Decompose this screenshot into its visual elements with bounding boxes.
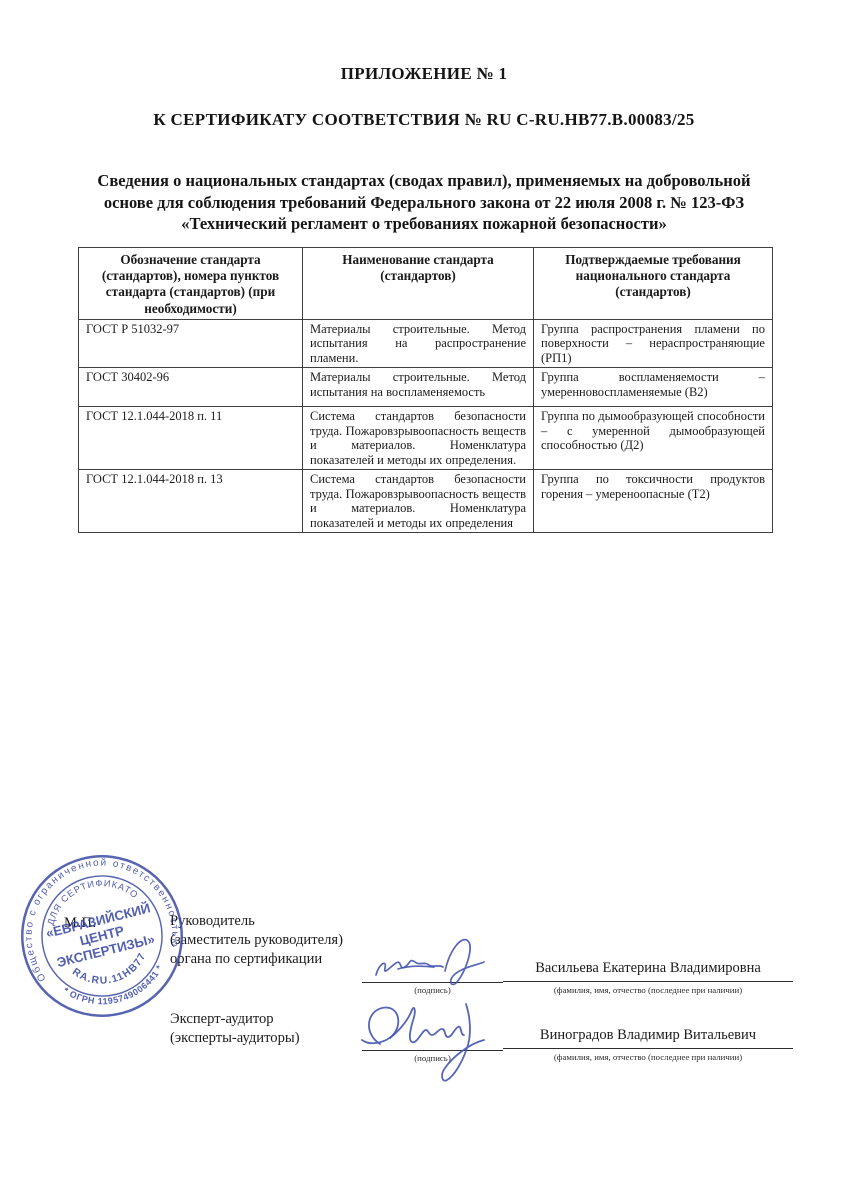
role1-line1: Руководитель — [170, 912, 343, 931]
cell-designation: ГОСТ Р 51032-97 — [79, 319, 303, 368]
name-caption-2: (фамилия, имя, отчество (последнее при н… — [503, 1052, 793, 1062]
name-caption-1: (фамилия, имя, отчество (последнее при н… — [503, 985, 793, 995]
cell-designation: ГОСТ 12.1.044-2018 п. 11 — [79, 407, 303, 470]
cell-designation: ГОСТ 30402-96 — [79, 368, 303, 407]
cell-requirements: Группа воспламеняемости – умеренновоспла… — [534, 368, 773, 407]
signature-2 — [350, 988, 518, 1086]
round-stamp-seal: Общество с ограниченной ответственностью… — [14, 848, 190, 1024]
name-line-2 — [503, 1048, 793, 1049]
certificate-number-title: К СЕРТИФИКАТУ СООТВЕТСТВИЯ № RU C-RU.НВ7… — [0, 110, 848, 130]
cell-standard-name: Материалы строительные. Метод испытания … — [303, 319, 534, 368]
header-confirmed-requirements: Подтверждаемые требования национального … — [534, 248, 773, 320]
table-row: ГОСТ 12.1.044-2018 п. 13 Система стандар… — [79, 470, 773, 533]
cell-requirements: Группа распространения пламени по поверх… — [534, 319, 773, 368]
intro-line-3: «Технический регламент о требованиях пож… — [0, 213, 848, 235]
role2-line2: (эксперты-аудиторы) — [170, 1029, 300, 1048]
table-row: ГОСТ Р 51032-97 Материалы строительные. … — [79, 319, 773, 368]
standards-table: Обозначение стандарта (стандартов), номе… — [78, 247, 773, 533]
cell-designation: ГОСТ 12.1.044-2018 п. 13 — [79, 470, 303, 533]
table-header-row: Обозначение стандарта (стандартов), номе… — [79, 248, 773, 320]
name-line-1 — [503, 981, 793, 982]
cell-requirements: Группа по дымообразующей способности – с… — [534, 407, 773, 470]
header-standard-name: Наименование стандарта (стандартов) — [303, 248, 534, 320]
table-row: ГОСТ 12.1.044-2018 п. 11 Система стандар… — [79, 407, 773, 470]
intro-line-2: основе для соблюдения требований Федерал… — [0, 192, 848, 214]
role1-line2: (заместитель руководителя) — [170, 931, 343, 950]
header-standard-designation: Обозначение стандарта (стандартов), номе… — [79, 248, 303, 320]
intro-paragraph: Сведения о национальных стандартах (свод… — [0, 170, 848, 235]
cell-standard-name: Материалы строительные. Метод испытания … — [303, 368, 534, 407]
certificate-appendix-page: ПРИЛОЖЕНИЕ № 1 К СЕРТИФИКАТУ СООТВЕТСТВИ… — [0, 0, 848, 1200]
cell-requirements: Группа по токсичности продуктов горения … — [534, 470, 773, 533]
cell-standard-name: Система стандартов безопасности труда. П… — [303, 407, 534, 470]
cell-standard-name: Система стандартов безопасности труда. П… — [303, 470, 534, 533]
stamp-graphic: Общество с ограниченной ответственностью… — [0, 829, 209, 1042]
appendix-title: ПРИЛОЖЕНИЕ № 1 — [0, 64, 848, 84]
expert-full-name: Виноградов Владимир Витальевич — [503, 1027, 793, 1044]
table-row: ГОСТ 30402-96 Материалы строительные. Ме… — [79, 368, 773, 407]
signature-1 — [368, 933, 508, 995]
intro-line-1: Сведения о национальных стандартах (свод… — [0, 170, 848, 192]
head-full-name: Васильева Екатерина Владимировна — [503, 960, 793, 977]
